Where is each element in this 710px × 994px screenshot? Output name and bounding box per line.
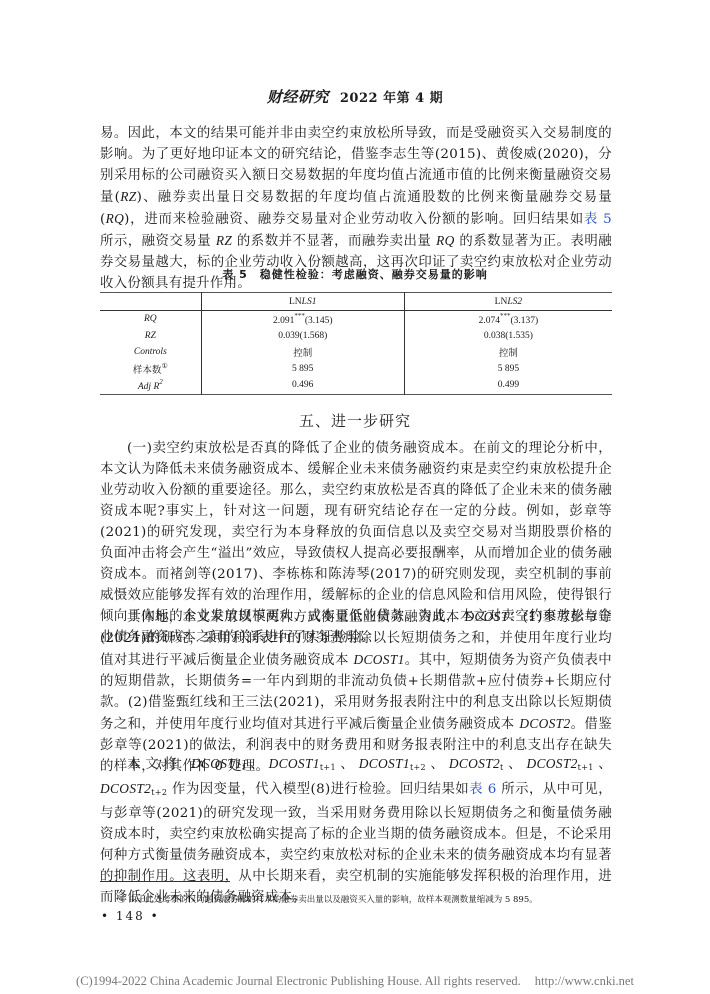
text-segment: 本文将 xyxy=(127,757,191,772)
cell: 5 895 xyxy=(404,361,612,378)
header-empty xyxy=(100,293,201,311)
variable: DCOST1 xyxy=(269,756,320,771)
significance-stars: *** xyxy=(294,312,305,320)
footnote-marker[interactable]: ① xyxy=(161,362,167,370)
superscript: 2 xyxy=(159,378,163,386)
header-prefix: LN xyxy=(495,297,508,307)
row-label: Controls xyxy=(100,344,201,361)
footnote-divider xyxy=(100,881,230,882)
table-row: Adj R2 0.496 0.499 xyxy=(100,377,612,394)
variable-dcost: DCOST xyxy=(464,609,508,624)
cell: 控制 xyxy=(404,344,612,361)
page-number: • 148 • xyxy=(101,909,160,923)
row-label: Adj R2 xyxy=(100,377,201,394)
table-5-caption: 表 5 稳健性检验：考虑融资、融券交易量的影响 xyxy=(0,266,710,282)
table-row: RZ 0.039(1.568) 0.038(1.535) xyxy=(100,328,612,345)
text-segment: 所示，从中可见，与彭章等(2021)的研究发现一致，当采用财务费用除以长短期债务… xyxy=(100,782,612,905)
header-var: LS1 xyxy=(302,297,317,307)
significance-stars: *** xyxy=(500,312,511,320)
cell: 控制 xyxy=(201,344,404,361)
text-segment: 具体地，本文采用以下两种方式衡量企业债务融资成本 xyxy=(127,610,464,625)
text-segment: 的系数并不显著，而融券卖出量 xyxy=(232,234,436,249)
cell: 0.499 xyxy=(404,377,612,394)
separator: 、 xyxy=(504,757,527,772)
variable: DCOST2 xyxy=(100,781,151,796)
header-var: LS2 xyxy=(507,297,522,307)
label-text: Adj R xyxy=(138,382,159,392)
table-row: RQ 2.091***(3.145) 2.074***(3.137) xyxy=(100,311,612,328)
cnki-link[interactable]: http://www.cnki.net xyxy=(535,974,634,988)
journal-issue: 2022 年第 4 期 xyxy=(340,91,443,106)
coef: 2.091 xyxy=(273,316,294,326)
running-header: 财经研究 2022 年第 4 期 xyxy=(0,86,710,107)
table-row: Controls 控制 控制 xyxy=(100,344,612,361)
variable-rq: RQ xyxy=(106,211,125,226)
paragraph-3: 本文将 DCOST1t、DCOST1t+1、DCOST1t+2、DCOST2t、… xyxy=(100,753,612,908)
table-6-link[interactable]: 表 6 xyxy=(469,782,496,797)
variable-dcost2: DCOST2 xyxy=(519,716,570,731)
paragraph-2: 具体地，本文采用以下两种方式衡量企业债务融资成本 DCOST：(1)参考彭章等(… xyxy=(100,606,612,777)
subscript: t+1 xyxy=(320,763,336,772)
header-prefix: LN xyxy=(289,297,302,307)
separator: 、 xyxy=(426,757,449,772)
variable-rz: RZ xyxy=(216,233,232,248)
copyright-line: (C)1994-2022 China Academic Journal Elec… xyxy=(0,974,710,989)
cell: 5 895 xyxy=(201,361,404,378)
coef: 2.074 xyxy=(479,316,500,326)
table-row: 样本数① 5 895 5 895 xyxy=(100,361,612,378)
cell: 0.038(1.535) xyxy=(404,328,612,345)
text-segment: 作为因变量，代入模型(8)进行检验。回归结果如 xyxy=(167,782,469,797)
header-lnls2: LNLS2 xyxy=(404,293,612,311)
t-stat: (3.145) xyxy=(305,316,333,326)
table-5-link[interactable]: 表 5 xyxy=(584,212,612,227)
row-label: 样本数① xyxy=(100,361,201,378)
row-label: RQ xyxy=(100,311,201,328)
variable-rq: RQ xyxy=(436,233,455,248)
cell: 0.039(1.568) xyxy=(201,328,404,345)
subscript: t+1 xyxy=(578,763,594,772)
cell: 2.091***(3.145) xyxy=(201,311,404,328)
variable: DCOST1 xyxy=(191,756,242,771)
table-5: LNLS1 LNLS2 RQ 2.091***(3.145) 2.074***(… xyxy=(100,292,612,395)
cell: 0.496 xyxy=(201,377,404,394)
journal-name: 财经研究 xyxy=(267,88,329,106)
variable-rz: RZ xyxy=(120,189,136,204)
cell: 2.074***(3.137) xyxy=(404,311,612,328)
header-lnls1: LNLS1 xyxy=(201,293,404,311)
section-title: 五、进一步研究 xyxy=(0,410,710,431)
subscript: t+2 xyxy=(151,788,167,797)
separator: 、 xyxy=(336,757,359,772)
table-header-row: LNLS1 LNLS2 xyxy=(100,293,612,311)
copyright-text: (C)1994-2022 China Academic Journal Elec… xyxy=(76,974,521,988)
variable: DCOST2 xyxy=(526,756,577,771)
variable-dcost1: DCOST1 xyxy=(353,652,404,667)
separator: 、 xyxy=(246,757,269,772)
row-label: RZ xyxy=(100,328,201,345)
separator: 、 xyxy=(594,757,612,772)
subscript: t+2 xyxy=(410,763,426,772)
text-segment: )，进而来检验融资、融券交易量对企业劳动收入份额的影响。回归结果如 xyxy=(124,212,584,227)
variable: DCOST1 xyxy=(359,756,410,771)
footnote: ① 由于此处考察的仅为融资融券标的样本的融券卖出量以及融资买入量的影响，故样本观… xyxy=(117,893,538,905)
variable: DCOST2 xyxy=(449,756,500,771)
label-text: 样本数 xyxy=(133,366,162,376)
text-segment: 所示，融资交易量 xyxy=(100,234,216,249)
t-stat: (3.137) xyxy=(511,316,539,326)
